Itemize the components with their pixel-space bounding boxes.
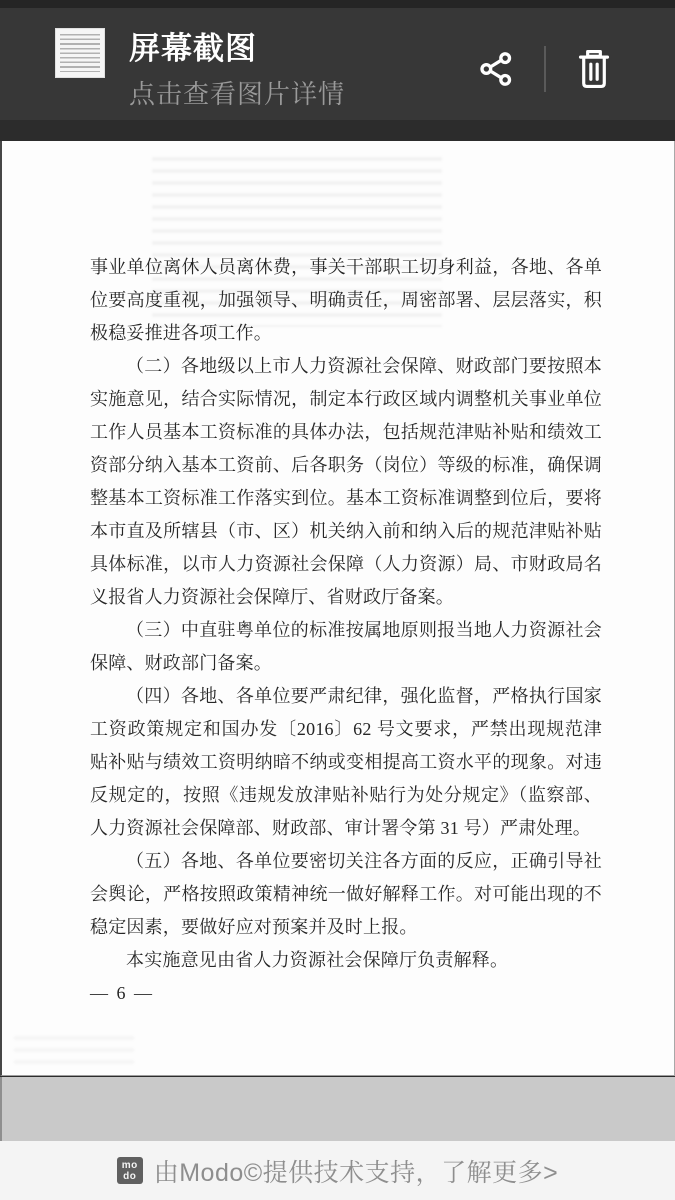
modo-logo-bottom: do <box>123 1171 136 1182</box>
header-info[interactable]: 屏幕截图 点击查看图片详情 <box>129 29 345 110</box>
footer-text: 由Modo©提供技术支持，了解更多> <box>154 1153 559 1189</box>
header-subtitle: 点击查看图片详情 <box>129 78 345 110</box>
paragraph-2: （二）各地级以上市人力资源社会保障、财政部门要按照本实施意见，结合实际情况，制定… <box>90 350 602 614</box>
document-thumbnail[interactable] <box>55 28 105 78</box>
delete-button[interactable] <box>573 46 615 92</box>
screen: 屏幕截图 点击查看图片详情 <box>0 0 675 1200</box>
paragraph-5: （五）各地、各单位要密切关注各方面的反应，正确引导社会舆论，严格按照政策精神统一… <box>90 845 602 944</box>
footer-branding-link[interactable]: mo do 由Modo©提供技术支持，了解更多> <box>0 1141 675 1200</box>
page-number: — 6 — <box>90 977 602 1010</box>
document-image-preview[interactable]: 事业单位离休人员离休费，事关干部职工切身利益，各地、各单位要高度重视，加强领导、… <box>0 141 675 1076</box>
thumbnail-text-lines <box>60 34 100 72</box>
screenshot-gray-band <box>0 1077 675 1141</box>
modo-logo-top: mo <box>122 1160 138 1171</box>
status-strip <box>0 0 675 8</box>
paragraph-1: 事业单位离休人员离休费，事关干部职工切身利益，各地、各单位要高度重视，加强领导、… <box>90 251 602 350</box>
viewer-strip <box>0 120 675 141</box>
paragraph-6: 本实施意见由省人力资源社会保障厅负责解释。 <box>90 944 602 977</box>
app-header: 屏幕截图 点击查看图片详情 <box>0 8 675 120</box>
paragraph-3: （三）中直驻粤单位的标准按属地原则报当地人力资源社会保障、财政部门备案。 <box>90 614 602 680</box>
document-body: 事业单位离休人员离休费，事关干部职工切身利益，各地、各单位要高度重视，加强领导、… <box>90 251 602 1010</box>
share-button[interactable] <box>475 46 517 92</box>
page-bleedthrough-bottom <box>14 1036 134 1070</box>
page-title: 屏幕截图 <box>129 29 345 69</box>
share-icon <box>476 47 516 91</box>
header-actions <box>475 46 675 92</box>
header-divider <box>544 46 546 92</box>
trash-icon <box>575 48 613 90</box>
paragraph-4: （四）各地、各单位要严肃纪律，强化监督，严格执行国家工资政策规定和国办发〔201… <box>90 680 602 845</box>
modo-logo-icon: mo do <box>117 1157 143 1184</box>
